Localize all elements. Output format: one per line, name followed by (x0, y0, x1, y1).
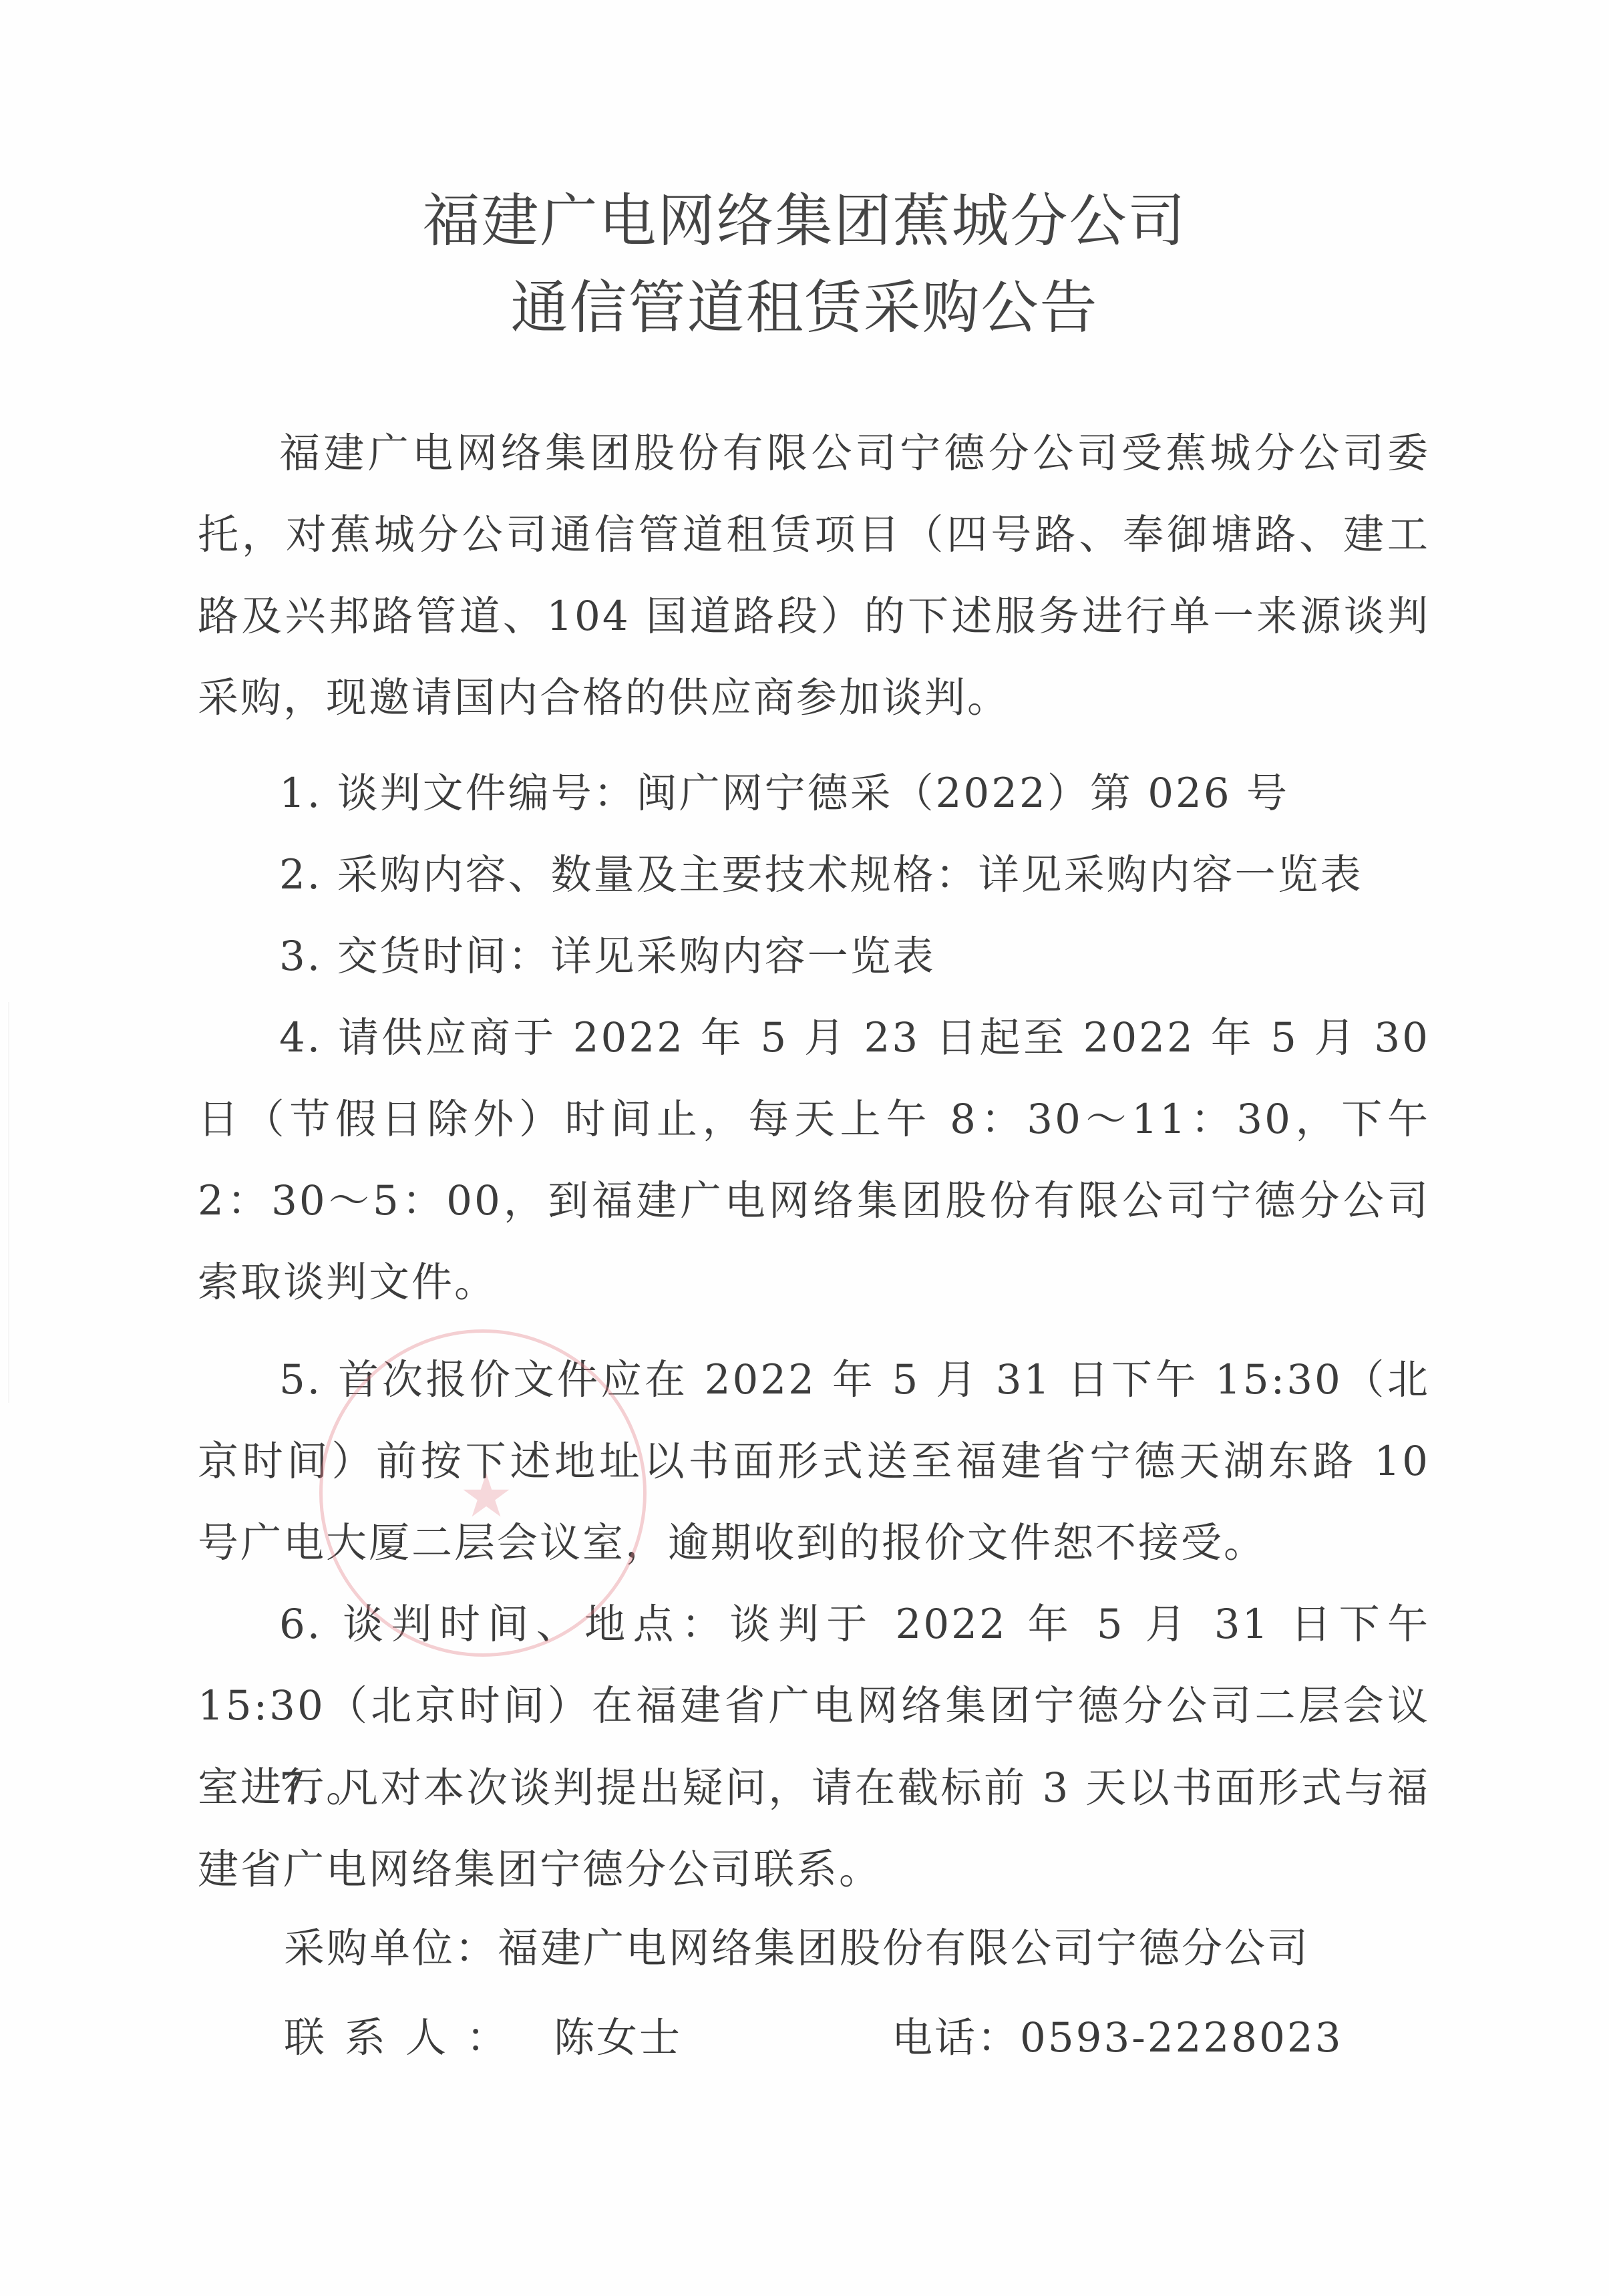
item-5: 5. 首次报价文件应在 2022 年 5 月 31 日下午 15:30（北京时间… (198, 1339, 1430, 1584)
item-1-text: 1. 谈判文件编号：闽广网宁德采（2022）第 026 号 (198, 753, 1430, 834)
purchasing-unit-value: 福建广电网络集团股份有限公司宁德分公司 (498, 1925, 1310, 1972)
item-2-text: 2. 采购内容、数量及主要技术规格：详见采购内容一览表 (198, 834, 1430, 916)
item-1: 1. 谈判文件编号：闽广网宁德采（2022）第 026 号 (198, 753, 1430, 834)
item-4-text: 4. 请供应商于 2022 年 5 月 23 日起至 2022 年 5 月 30… (198, 997, 1430, 1323)
intro-text: 福建广电网络集团股份有限公司宁德分公司受蕉城分公司委托，对蕉城分公司通信管道租赁… (198, 413, 1430, 739)
item-3: 3. 交货时间：详见采购内容一览表 (198, 916, 1430, 997)
contact-phone: 电话：0593-2228023 (892, 2017, 1343, 2058)
contact-phone-label: 电话： (892, 2014, 1020, 2062)
item-7: 7. 凡对本次谈判提出疑问，请在截标前 3 天以书面形式与福建省广电网络集团宁德… (198, 1748, 1430, 1911)
purchasing-unit: 采购单位：福建广电网络集团股份有限公司宁德分公司 (284, 1928, 1310, 1969)
item-7-text: 7. 凡对本次谈判提出疑问，请在截标前 3 天以书面形式与福建省广电网络集团宁德… (198, 1748, 1430, 1911)
item-4: 4. 请供应商于 2022 年 5 月 23 日起至 2022 年 5 月 30… (198, 997, 1430, 1323)
contact-phone-value: 0593-2228023 (1020, 2014, 1343, 2062)
contact-person: 联系人：陈女士 (284, 2017, 682, 2058)
item-2: 2. 采购内容、数量及主要技术规格：详见采购内容一览表 (198, 834, 1430, 916)
title-line-2: 通信管道租赁采购公告 (0, 279, 1609, 337)
scan-edge-mark (8, 1002, 9, 1403)
contact-person-value: 陈女士 (554, 2014, 682, 2062)
document-page: 福建广电网络集团蕉城分公司 通信管道租赁采购公告 福建广电网络集团股份有限公司宁… (0, 0, 1609, 2296)
contact-person-label: 联系人： (284, 2014, 527, 2062)
item-3-text: 3. 交货时间：详见采购内容一览表 (198, 916, 1430, 997)
item-5-text: 5. 首次报价文件应在 2022 年 5 月 31 日下午 15:30（北京时间… (198, 1339, 1430, 1584)
title-line-1: 福建广电网络集团蕉城分公司 (0, 192, 1609, 250)
intro-paragraph: 福建广电网络集团股份有限公司宁德分公司受蕉城分公司委托，对蕉城分公司通信管道租赁… (198, 413, 1430, 739)
purchasing-unit-label: 采购单位： (284, 1925, 498, 1972)
